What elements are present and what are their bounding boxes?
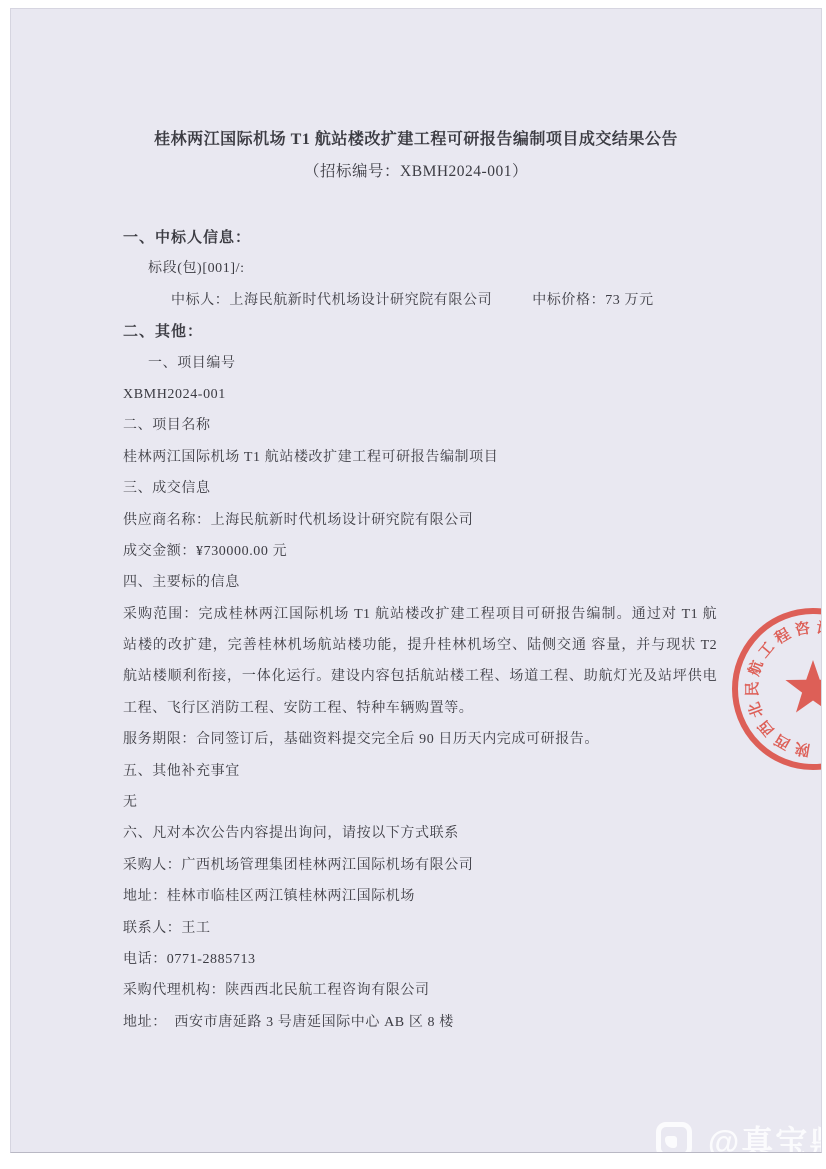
document-body: 一、中标人信息： 标段(包)[001]/: 中标人：上海民航新时代机场设计研究院… [123,222,717,1038]
svg-text:民: 民 [744,681,761,696]
contact-person-line: 联系人：王工 [123,913,717,944]
title-block: 桂林两江国际机场 T1 航站楼改扩建工程可研报告编制项目成交结果公告 （招标编号… [11,123,821,188]
inquiry-contact-label: 六、凡对本次公告内容提出询问，请按以下方式联系 [123,818,717,849]
agency-address-line: 地址： 西安市唐延路 3 号唐延国际中心 AB 区 8 楼 [123,1007,717,1038]
winner-line: 中标人：上海民航新时代机场设计研究院有限公司中标价格：73 万元 [123,285,717,316]
heading-winner-info: 一、中标人信息： [123,222,717,253]
supplement-label: 五、其他补充事宜 [123,756,717,787]
document-title: 桂林两江国际机场 T1 航站楼改扩建工程可研报告编制项目成交结果公告 [11,123,821,156]
watermark-text: @真宝鼎 [708,1117,822,1153]
scanned-document-page: 桂林两江国际机场 T1 航站楼改扩建工程可研报告编制项目成交结果公告 （招标编号… [10,8,822,1153]
chat-bubble-logo-icon [656,1122,692,1153]
supplier-name-line: 供应商名称：上海民航新时代机场设计研究院有限公司 [123,505,717,536]
supplement-value: 无 [123,787,717,818]
scope-paragraph-line-3: 航站楼顺利衔接，一体化运行。建设内容包括航站楼工程、场道工程、助航灯光及站坪供电 [123,661,717,692]
svg-text:询: 询 [815,619,822,639]
document-subtitle: （招标编号：XBMH2024-001） [11,156,821,188]
svg-text:陕: 陕 [793,739,811,759]
service-period-line: 服务期限：合同签订后，基础资料提交完全后 90 日历天内完成可研报告。 [123,724,717,755]
svg-text:工: 工 [755,639,778,661]
official-seal-stamp: 陕西西北民航工程咨询有限公司 [718,594,822,784]
scope-paragraph-line-2: 站楼的改扩建，完善桂林机场航站楼功能，提升桂林机场空、陆侧交通 容量，并与现状 … [123,630,717,661]
heading-other: 二、其他： [123,316,717,347]
svg-text:航: 航 [745,658,767,678]
svg-text:西: 西 [772,730,794,752]
red-star-icon [785,660,822,713]
svg-text:程: 程 [771,625,793,648]
project-name-value: 桂林两江国际机场 T1 航站楼改扩建工程可研报告编制项目 [123,442,717,473]
watermark: @真宝鼎 [656,1117,822,1153]
scope-paragraph-line-4: 工程、飞行区消防工程、安防工程、特种车辆购置等。 [123,693,717,724]
lot-line: 标段(包)[001]/: [123,253,717,284]
subject-info-label: 四、主要标的信息 [123,567,717,598]
phone-line: 电话：0771-2885713 [123,944,717,975]
deal-amount-line: 成交金额：¥730000.00 元 [123,536,717,567]
svg-text:咨: 咨 [793,619,811,639]
agency-line: 采购代理机构：陕西西北民航工程咨询有限公司 [123,975,717,1006]
project-name-label: 二、项目名称 [123,410,717,441]
purchaser-line: 采购人：广西机场管理集团桂林两江国际机场有限公司 [123,850,717,881]
winner-name: 中标人：上海民航新时代机场设计研究院有限公司 [171,293,492,308]
svg-text:北: 北 [746,700,767,720]
deal-info-label: 三、成交信息 [123,473,717,504]
purchaser-address-line: 地址：桂林市临桂区两江镇桂林两江国际机场 [123,881,717,912]
project-number-value: XBMH2024-001 [123,379,717,410]
scope-paragraph-line-1: 采购范围：完成桂林两江国际机场 T1 航站楼改扩建工程项目可研报告编制。通过对 … [123,599,717,630]
svg-text:西: 西 [755,717,778,739]
project-number-label: 一、项目编号 [123,348,717,379]
winner-price: 中标价格：73 万元 [532,293,654,308]
